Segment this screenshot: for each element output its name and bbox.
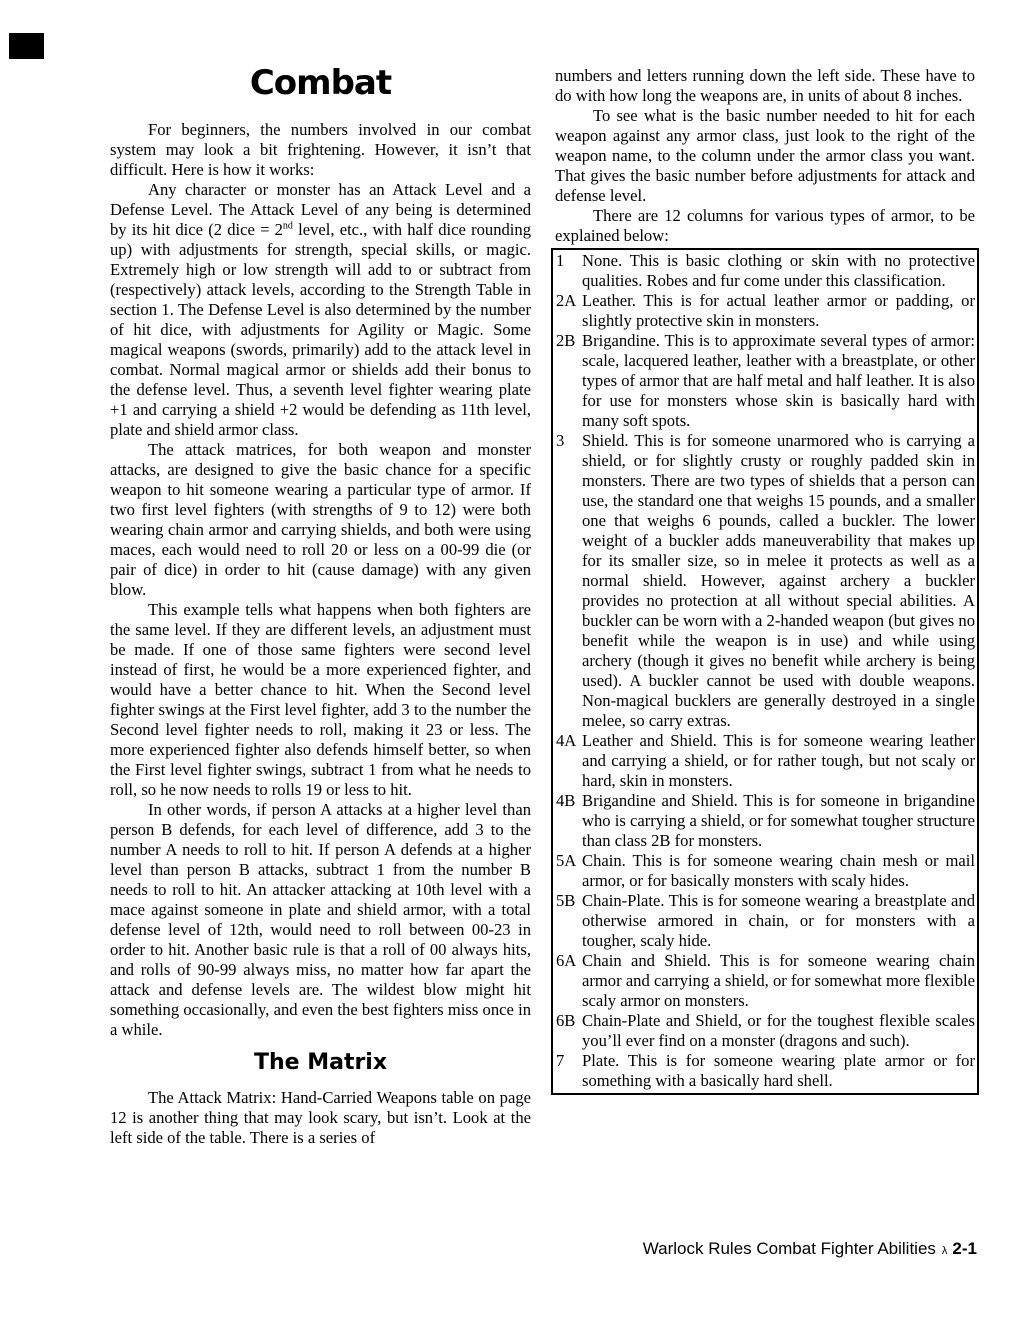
paragraph-attack-defense: Any character or monster has an Attack L… xyxy=(110,180,531,440)
armor-class-text: Leather. This is for actual leather armo… xyxy=(582,291,975,330)
left-column: Combat For beginners, the numbers involv… xyxy=(110,62,531,1148)
armor-class-text: Chain-Plate. This is for someone wearing… xyxy=(582,891,975,950)
armor-class-code: 7 xyxy=(556,1051,564,1071)
black-scan-mark xyxy=(9,33,44,59)
right-column: numbers and letters running down the lef… xyxy=(555,66,975,1095)
armor-class-text: Chain. This is for someone wearing chain… xyxy=(582,851,975,890)
paragraph-continuation: numbers and letters running down the lef… xyxy=(555,66,975,106)
armor-class-code: 2B xyxy=(556,331,575,351)
armor-class-code: 2A xyxy=(556,291,576,311)
armor-class-item: 4BBrigandine and Shield. This is for som… xyxy=(554,791,975,851)
armor-class-text: Brigandine. This is to approximate sever… xyxy=(582,331,975,430)
page-title: Combat xyxy=(110,62,531,104)
ordinal-superscript: nd xyxy=(283,220,293,231)
paragraph-intro: For beginners, the numbers involved in o… xyxy=(110,120,531,180)
armor-class-item: 5BChain-Plate. This is for someone weari… xyxy=(554,891,975,951)
armor-class-code: 3 xyxy=(556,431,564,451)
page-footer: Warlock Rules Combat Fighter Abilitiesλ2… xyxy=(0,1238,977,1262)
armor-class-code: 4B xyxy=(556,791,575,811)
armor-class-item: 6AChain and Shield. This is for someone … xyxy=(554,951,975,1011)
paragraph-text: level, etc., with half dice rounding up)… xyxy=(110,220,531,439)
paragraph-basic-number: To see what is the basic number needed t… xyxy=(555,106,975,206)
paragraph-twelve-columns: There are 12 columns for various types o… xyxy=(555,206,975,246)
armor-class-text: None. This is basic clothing or skin wit… xyxy=(582,251,975,290)
lambda-glyph: λ xyxy=(936,1245,953,1257)
paragraph-attack-matrices: The attack matrices, for both weapon and… xyxy=(110,440,531,600)
armor-class-item: 4ALeather and Shield. This is for someon… xyxy=(554,731,975,791)
armor-class-text: Shield. This is for someone unarmored wh… xyxy=(582,431,975,730)
paragraph-in-other-words: In other words, if person A attacks at a… xyxy=(110,800,531,1040)
armor-class-text: Plate. This is for someone wearing plate… xyxy=(582,1051,975,1090)
armor-class-text: Chain-Plate and Shield, or for the tough… xyxy=(582,1011,975,1050)
armor-class-item: 7Plate. This is for someone wearing plat… xyxy=(554,1051,975,1091)
armor-class-text: Chain and Shield. This is for someone we… xyxy=(582,951,975,1010)
armor-class-item: 6BChain-Plate and Shield, or for the tou… xyxy=(554,1011,975,1051)
page-number: 2-1 xyxy=(952,1239,977,1258)
armor-class-code: 6A xyxy=(556,951,576,971)
armor-class-item: 3Shield. This is for someone unarmored w… xyxy=(554,431,975,731)
armor-class-code: 5A xyxy=(556,851,576,871)
paragraph-example: This example tells what happens when bot… xyxy=(110,600,531,800)
armor-class-item: 5AChain. This is for someone wearing cha… xyxy=(554,851,975,891)
armor-class-code: 5B xyxy=(556,891,575,911)
armor-class-text: Leather and Shield. This is for someone … xyxy=(582,731,975,790)
section-heading-the-matrix: The Matrix xyxy=(110,1050,531,1076)
document-page: Combat For beginners, the numbers involv… xyxy=(0,0,1020,1320)
paragraph-matrix-intro: The Attack Matrix: Hand-Carried Weapons … xyxy=(110,1088,531,1148)
armor-class-item: 2BBrigandine. This is to approximate sev… xyxy=(554,331,975,431)
armor-class-box: 1None. This is basic clothing or skin wi… xyxy=(551,248,979,1095)
armor-class-code: 1 xyxy=(556,251,564,271)
armor-class-code: 4A xyxy=(556,731,576,751)
armor-class-item: 2ALeather. This is for actual leather ar… xyxy=(554,291,975,331)
footer-text: Warlock Rules Combat Fighter Abilities xyxy=(643,1239,936,1258)
armor-class-text: Brigandine and Shield. This is for someo… xyxy=(582,791,975,850)
armor-class-code: 6B xyxy=(556,1011,575,1031)
armor-class-item: 1None. This is basic clothing or skin wi… xyxy=(554,251,975,291)
